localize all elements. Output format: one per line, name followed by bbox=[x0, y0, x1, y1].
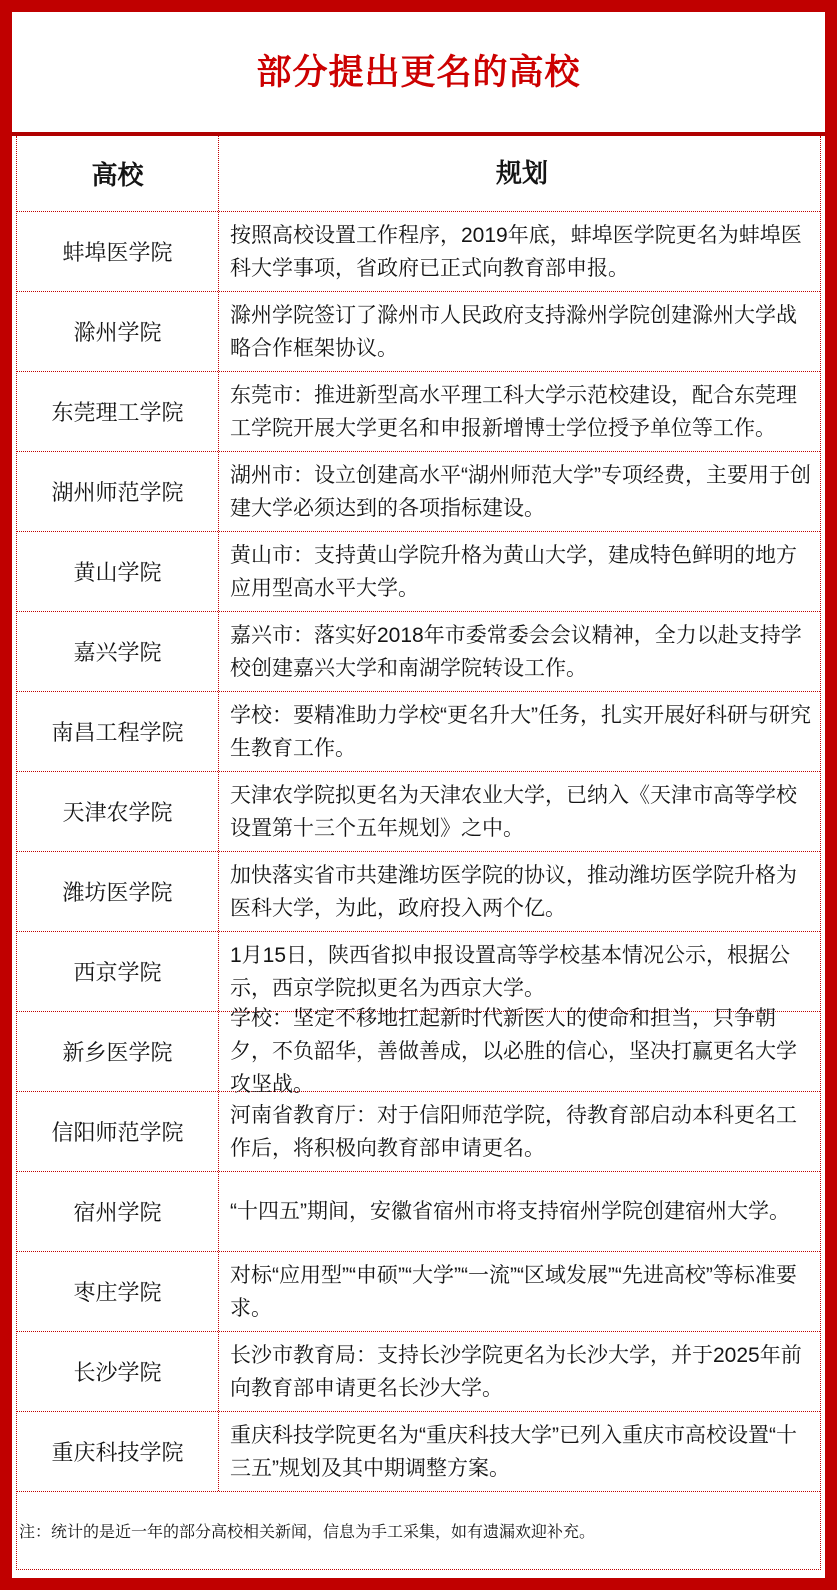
plan-text: “十四五”期间，安徽省宿州市将支持宿州学院创建宿州大学。 bbox=[219, 1172, 820, 1251]
plan-text: 河南省教育厅：对于信阳师范学院，待教育部启动本科更名工作后，将积极向教育部申请更… bbox=[219, 1092, 820, 1171]
table-row: 潍坊医学院加快落实省市共建潍坊医学院的协议，推动潍坊医学院升格为医科大学，为此，… bbox=[17, 852, 820, 932]
footnote-row: 注：统计的是近一年的部分高校相关新闻，信息为手工采集，如有遗漏欢迎补充。 bbox=[17, 1492, 820, 1569]
infographic-page: 部分提出更名的高校 高校 规划 蚌埠医学院按照高校设置工作程序，2019年底，蚌… bbox=[0, 0, 837, 1590]
plan-text-content: 学校：坚定不移地扛起新时代新医人的使命和担当，只争朝夕，不负韶华，善做善成，以必… bbox=[230, 1002, 814, 1101]
plan-text: 重庆科技学院更名为“重庆科技大学”已列入重庆市高校设置“十三五”规划及其中期调整… bbox=[219, 1412, 820, 1491]
plan-text: 嘉兴市：落实好2018年市委常委会会议精神，全力以赴支持学校创建嘉兴大学和南湖学… bbox=[219, 612, 820, 691]
college-name: 重庆科技学院 bbox=[17, 1412, 219, 1491]
college-name: 长沙学院 bbox=[17, 1332, 219, 1411]
college-name: 西京学院 bbox=[17, 932, 219, 1011]
table-row: 天津农学院天津农学院拟更名为天津农业大学，已纳入《天津市高等学校设置第十三个五年… bbox=[17, 772, 820, 852]
college-name: 蚌埠医学院 bbox=[17, 212, 219, 291]
college-name: 信阳师范学院 bbox=[17, 1092, 219, 1171]
table-body: 蚌埠医学院按照高校设置工作程序，2019年底，蚌埠医学院更名为蚌埠医科大学事项，… bbox=[17, 212, 820, 1492]
header-college: 高校 bbox=[17, 136, 219, 211]
college-name: 宿州学院 bbox=[17, 1172, 219, 1251]
plan-text: 按照高校设置工作程序，2019年底，蚌埠医学院更名为蚌埠医科大学事项，省政府已正… bbox=[219, 212, 820, 291]
college-name: 潍坊医学院 bbox=[17, 852, 219, 931]
plan-text: 对标“应用型”“申硕”“大学”“一流”“区域发展”“先进高校”等标准要求。 bbox=[219, 1252, 820, 1331]
plan-text-content: 东莞市：推进新型高水平理工科大学示范校建设，配合东莞理工学院开展大学更名和申报新… bbox=[230, 379, 814, 445]
plan-text-content: 河南省教育厅：对于信阳师范学院，待教育部启动本科更名工作后，将积极向教育部申请更… bbox=[230, 1099, 814, 1165]
rename-table: 高校 规划 蚌埠医学院按照高校设置工作程序，2019年底，蚌埠医学院更名为蚌埠医… bbox=[16, 136, 821, 1570]
plan-text-content: 滁州学院签订了滁州市人民政府支持滁州学院创建滁州大学战略合作框架协议。 bbox=[230, 299, 814, 365]
plan-text: 长沙市教育局：支持长沙学院更名为长沙大学，并于2025年前向教育部申请更名长沙大… bbox=[219, 1332, 820, 1411]
table-row: 枣庄学院对标“应用型”“申硕”“大学”“一流”“区域发展”“先进高校”等标准要求… bbox=[17, 1252, 820, 1332]
plan-text: 黄山市：支持黄山学院升格为黄山大学，建成特色鲜明的地方应用型高水平大学。 bbox=[219, 532, 820, 611]
plan-text: 加快落实省市共建潍坊医学院的协议，推动潍坊医学院升格为医科大学，为此，政府投入两… bbox=[219, 852, 820, 931]
college-name: 黄山学院 bbox=[17, 532, 219, 611]
college-name: 新乡医学院 bbox=[17, 1012, 219, 1091]
plan-text-content: 长沙市教育局：支持长沙学院更名为长沙大学，并于2025年前向教育部申请更名长沙大… bbox=[230, 1339, 814, 1405]
plan-text: 湖州市：设立创建高水平“湖州师范大学”专项经费，主要用于创建大学必须达到的各项指… bbox=[219, 452, 820, 531]
table-row: 蚌埠医学院按照高校设置工作程序，2019年底，蚌埠医学院更名为蚌埠医科大学事项，… bbox=[17, 212, 820, 292]
plan-text: 东莞市：推进新型高水平理工科大学示范校建设，配合东莞理工学院开展大学更名和申报新… bbox=[219, 372, 820, 451]
college-name: 嘉兴学院 bbox=[17, 612, 219, 691]
plan-text: 1月15日，陕西省拟申报设置高等学校基本情况公示，根据公示，西京学院拟更名为西京… bbox=[219, 932, 820, 1011]
table-row: 重庆科技学院重庆科技学院更名为“重庆科技大学”已列入重庆市高校设置“十三五”规划… bbox=[17, 1412, 820, 1492]
college-name: 南昌工程学院 bbox=[17, 692, 219, 771]
table-row: 滁州学院滁州学院签订了滁州市人民政府支持滁州学院创建滁州大学战略合作框架协议。 bbox=[17, 292, 820, 372]
table-row: 黄山学院黄山市：支持黄山学院升格为黄山大学，建成特色鲜明的地方应用型高水平大学。 bbox=[17, 532, 820, 612]
footnote-text: 注：统计的是近一年的部分高校相关新闻，信息为手工采集，如有遗漏欢迎补充。 bbox=[19, 1519, 595, 1542]
plan-text-content: 天津农学院拟更名为天津农业大学，已纳入《天津市高等学校设置第十三个五年规划》之中… bbox=[230, 779, 814, 845]
header-plan: 规划 bbox=[219, 136, 820, 211]
plan-text-content: 重庆科技学院更名为“重庆科技大学”已列入重庆市高校设置“十三五”规划及其中期调整… bbox=[230, 1419, 814, 1485]
table-row: 嘉兴学院嘉兴市：落实好2018年市委常委会会议精神，全力以赴支持学校创建嘉兴大学… bbox=[17, 612, 820, 692]
table-row: 信阳师范学院河南省教育厅：对于信阳师范学院，待教育部启动本科更名工作后，将积极向… bbox=[17, 1092, 820, 1172]
college-name: 东莞理工学院 bbox=[17, 372, 219, 451]
plan-text-content: 嘉兴市：落实好2018年市委常委会会议精神，全力以赴支持学校创建嘉兴大学和南湖学… bbox=[230, 619, 814, 685]
plan-text: 天津农学院拟更名为天津农业大学，已纳入《天津市高等学校设置第十三个五年规划》之中… bbox=[219, 772, 820, 851]
table-row: 湖州师范学院湖州市：设立创建高水平“湖州师范大学”专项经费，主要用于创建大学必须… bbox=[17, 452, 820, 532]
plan-text-content: 黄山市：支持黄山学院升格为黄山大学，建成特色鲜明的地方应用型高水平大学。 bbox=[230, 539, 814, 605]
page-title: 部分提出更名的高校 bbox=[256, 55, 580, 90]
college-name: 滁州学院 bbox=[17, 292, 219, 371]
plan-text-content: 按照高校设置工作程序，2019年底，蚌埠医学院更名为蚌埠医科大学事项，省政府已正… bbox=[230, 219, 814, 285]
table-row: 新乡医学院学校：坚定不移地扛起新时代新医人的使命和担当，只争朝夕，不负韶华，善做… bbox=[17, 1012, 820, 1092]
plan-text-content: 学校：要精准助力学校“更名升大”任务，扎实开展好科研与研究生教育工作。 bbox=[230, 699, 814, 765]
plan-text: 学校：要精准助力学校“更名升大”任务，扎实开展好科研与研究生教育工作。 bbox=[219, 692, 820, 771]
plan-text: 滁州学院签订了滁州市人民政府支持滁州学院创建滁州大学战略合作框架协议。 bbox=[219, 292, 820, 371]
plan-text-content: 1月15日，陕西省拟申报设置高等学校基本情况公示，根据公示，西京学院拟更名为西京… bbox=[230, 939, 814, 1005]
plan-text-content: 加快落实省市共建潍坊医学院的协议，推动潍坊医学院升格为医科大学，为此，政府投入两… bbox=[230, 859, 814, 925]
table-row: 南昌工程学院学校：要精准助力学校“更名升大”任务，扎实开展好科研与研究生教育工作… bbox=[17, 692, 820, 772]
table-row: 宿州学院“十四五”期间，安徽省宿州市将支持宿州学院创建宿州大学。 bbox=[17, 1172, 820, 1252]
plan-text-content: 湖州市：设立创建高水平“湖州师范大学”专项经费，主要用于创建大学必须达到的各项指… bbox=[230, 459, 814, 525]
plan-text-content: 对标“应用型”“申硕”“大学”“一流”“区域发展”“先进高校”等标准要求。 bbox=[230, 1259, 814, 1325]
table-row: 长沙学院长沙市教育局：支持长沙学院更名为长沙大学，并于2025年前向教育部申请更… bbox=[17, 1332, 820, 1412]
college-name: 天津农学院 bbox=[17, 772, 219, 851]
table-row: 西京学院1月15日，陕西省拟申报设置高等学校基本情况公示，根据公示，西京学院拟更… bbox=[17, 932, 820, 1012]
table-header-row: 高校 规划 bbox=[17, 136, 820, 212]
table-row: 东莞理工学院东莞市：推进新型高水平理工科大学示范校建设，配合东莞理工学院开展大学… bbox=[17, 372, 820, 452]
college-name: 枣庄学院 bbox=[17, 1252, 219, 1331]
plan-text: 学校：坚定不移地扛起新时代新医人的使命和担当，只争朝夕，不负韶华，善做善成，以必… bbox=[219, 1012, 820, 1091]
college-name: 湖州师范学院 bbox=[17, 452, 219, 531]
plan-text-content: “十四五”期间，安徽省宿州市将支持宿州学院创建宿州大学。 bbox=[230, 1195, 790, 1228]
title-band: 部分提出更名的高校 bbox=[12, 12, 825, 132]
